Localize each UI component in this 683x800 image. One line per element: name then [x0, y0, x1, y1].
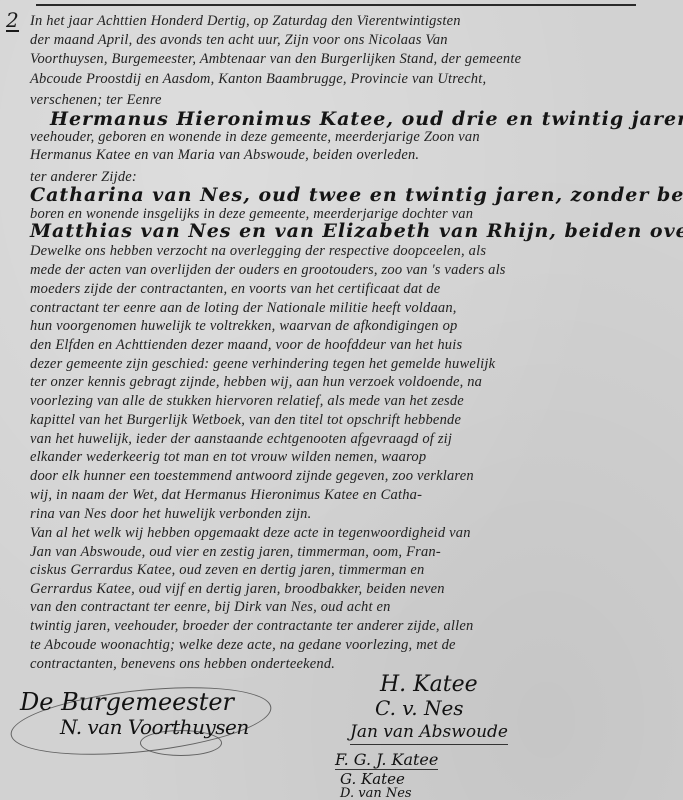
document-line: In het jaar Achttien Honderd Dertig, op … — [30, 12, 670, 30]
document-line: ter onzer kennis gebragt zijnde, hebben … — [30, 373, 670, 391]
document-line: contractanten, benevens ons hebben onder… — [30, 655, 670, 673]
document-line: door elk hunner een toestemmend antwoord… — [30, 467, 670, 485]
document-line: Voorthuysen, Burgemeester, Ambtenaar van… — [30, 50, 670, 68]
document-line: Matthias van Nes en van Elizabeth van Rh… — [30, 222, 670, 240]
document-line: ciskus Gerrardus Katee, oud zeven en der… — [30, 561, 670, 579]
document-line: Hermanus Katee en van Maria van Abswoude… — [30, 146, 670, 164]
official-name-signature: N. van Voorthuysen — [60, 715, 249, 739]
document-line: te Abcoude woonachtig; welke deze acte, … — [30, 636, 670, 654]
document-line: wij, in naam der Wet, dat Hermanus Hiero… — [30, 486, 670, 504]
document-line: van het huwelijk, ieder der aanstaande e… — [30, 430, 670, 448]
document-page: 2 In het jaar Achttien Honderd Dertig, o… — [0, 0, 683, 800]
document-line: Van al het welk wij hebben opgemaakt dez… — [30, 524, 670, 542]
document-line: twintig jaren, veehouder, broeder der co… — [30, 617, 670, 635]
document-line: der maand April, des avonds ten acht uur… — [30, 31, 670, 49]
document-line: Dewelke ons hebben verzocht na overleggi… — [30, 242, 670, 260]
document-line: Jan van Abswoude, oud vier en zestig jar… — [30, 543, 670, 561]
top-rule-divider — [36, 4, 636, 6]
document-line: rina van Nes door het huwelijk verbonden… — [30, 505, 670, 523]
document-line: contractant ter eenre aan de loting der … — [30, 299, 670, 317]
document-line: voorlezing van alle de stukken hiervoren… — [30, 392, 670, 410]
signature-h-katee: H. Katee — [380, 672, 478, 697]
signature-c-van-nes: C. v. Nes — [375, 696, 464, 720]
document-line: van den contractant ter eenre, bij Dirk … — [30, 598, 670, 616]
document-line: hun voorgenomen huwelijk te voltrekken, … — [30, 317, 670, 335]
document-line: Gerrardus Katee, oud vijf en dertig jare… — [30, 580, 670, 598]
official-title-signature: De Burgemeester — [20, 688, 234, 716]
document-line: dezer gemeente zijn geschied: geene verh… — [30, 355, 670, 373]
document-line: veehouder, geboren en wonende in deze ge… — [30, 128, 670, 146]
document-line: mede der acten van overlijden der ouders… — [30, 261, 670, 279]
document-line: kapittel van het Burgerlijk Wetboek, van… — [30, 411, 670, 429]
document-line: elkander wederkeerig tot man en tot vrou… — [30, 448, 670, 466]
signature-d-van-nes: D. van Nes — [340, 786, 412, 800]
document-line: Catharina van Nes, oud twee en twintig j… — [30, 186, 670, 204]
document-line: Hermanus Hieronimus Katee, oud drie en t… — [50, 110, 683, 128]
document-line: moeders zijde der contractanten, en voor… — [30, 280, 670, 298]
signature-f-g-j-katee: F. G. J. Katee — [335, 750, 438, 770]
entry-number: 2 — [6, 10, 19, 32]
document-line: den Elfden en Achttienden dezer maand, v… — [30, 336, 670, 354]
document-line: verschenen; ter Eenre — [30, 91, 670, 109]
document-line: Abcoude Proostdij en Aasdom, Kanton Baam… — [30, 70, 670, 88]
signature-jan-van-abswoude: Jan van Abswoude — [350, 722, 508, 745]
